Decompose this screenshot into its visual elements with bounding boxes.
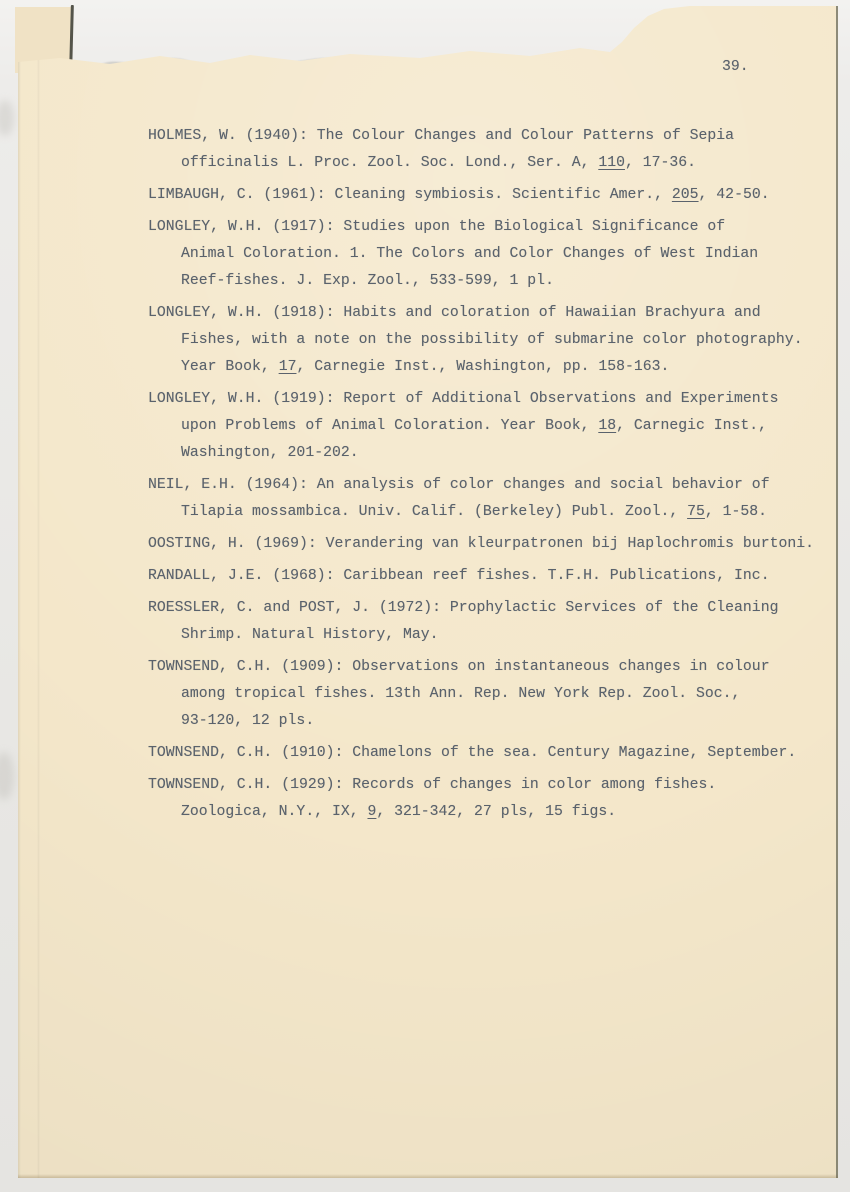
reference-line: ROESSLER, C. and POST, J. (1972): Prophy… [148,595,850,622]
reference-text: Reef-fishes. J. Exp. Zool., 533-599, 1 p… [181,273,554,289]
reference-text: LONGLEY, W.H. (1919): Report of Addition… [148,391,778,407]
volume-number: 205 [672,187,699,203]
reference-text: RANDALL, J.E. (1968): Caribbean reef fis… [148,568,770,584]
reference-line: Fishes, with a note on the possibility o… [148,327,850,354]
reference-line: RANDALL, J.E. (1968): Caribbean reef fis… [148,563,850,590]
reference-entry: TOWNSEND, C.H. (1910): Chamelons of the … [148,740,850,767]
reference-text: , 42-50. [699,187,770,203]
reference-line: Washington, 201-202. [148,440,850,467]
reference-text: TOWNSEND, C.H. (1929): Records of change… [148,777,716,793]
paper-left-edge [18,6,21,1178]
reference-line: LONGLEY, W.H. (1919): Report of Addition… [148,386,850,413]
scan-smudge [0,752,14,800]
reference-text: Fishes, with a note on the possibility o… [181,332,803,348]
reference-text: , Carnegic Inst., [616,418,767,434]
volume-number: 18 [598,418,616,434]
reference-text: Tilapia mossambica. Univ. Calif. (Berkel… [181,504,687,520]
reference-line: HOLMES, W. (1940): The Colour Changes an… [148,123,850,150]
reference-line: TOWNSEND, C.H. (1909): Observations on i… [148,654,850,681]
reference-line: officinalis L. Proc. Zool. Soc. Lond., S… [148,150,850,177]
volume-number: 110 [598,155,625,171]
reference-entry: ROESSLER, C. and POST, J. (1972): Prophy… [148,595,850,649]
reference-entry: RANDALL, J.E. (1968): Caribbean reef fis… [148,563,850,590]
reference-entry: LIMBAUGH, C. (1961): Cleaning symbiosis.… [148,182,850,209]
reference-line: LONGLEY, W.H. (1917): Studies upon the B… [148,214,850,241]
reference-text: Animal Coloration. 1. The Colors and Col… [181,246,758,262]
reference-entry: HOLMES, W. (1940): The Colour Changes an… [148,123,850,177]
reference-line: LONGLEY, W.H. (1918): Habits and colorat… [148,300,850,327]
reference-line: Animal Coloration. 1. The Colors and Col… [148,241,850,268]
reference-text: , 1-58. [705,504,767,520]
reference-entry: LONGLEY, W.H. (1919): Report of Addition… [148,386,850,467]
reference-line: Tilapia mossambica. Univ. Calif. (Berkel… [148,499,850,526]
reference-text: , 321-342, 27 pls, 15 figs. [376,804,616,820]
reference-text: TOWNSEND, C.H. (1909): Observations on i… [148,659,770,675]
page-number: 39. [722,59,749,75]
reference-line: Reef-fishes. J. Exp. Zool., 533-599, 1 p… [148,268,850,295]
reference-text: 93-120, 12 pls. [181,713,314,729]
reference-entry: NEIL, E.H. (1964): An analysis of color … [148,472,850,526]
paper-crease [37,6,40,1178]
reference-text: Washington, 201-202. [181,445,359,461]
reference-line: TOWNSEND, C.H. (1910): Chamelons of the … [148,740,850,767]
reference-entry: LONGLEY, W.H. (1917): Studies upon the B… [148,214,850,295]
page: 39. HOLMES, W. (1940): The Colour Change… [18,6,838,1178]
reference-line: Year Book, 17, Carnegie Inst., Washingto… [148,354,850,381]
reference-entry: TOWNSEND, C.H. (1929): Records of change… [148,772,850,826]
reference-text: upon Problems of Animal Coloration. Year… [181,418,598,434]
reference-text: LONGLEY, W.H. (1917): Studies upon the B… [148,219,725,235]
reference-line: LIMBAUGH, C. (1961): Cleaning symbiosis.… [148,182,850,209]
scanner-background: 39. HOLMES, W. (1940): The Colour Change… [0,0,850,1192]
reference-line: NEIL, E.H. (1964): An analysis of color … [148,472,850,499]
reference-text: LIMBAUGH, C. (1961): Cleaning symbiosis.… [148,187,672,203]
reference-text: Zoologica, N.Y., IX, [181,804,367,820]
volume-number: 17 [279,359,297,375]
reference-line: Zoologica, N.Y., IX, 9, 321-342, 27 pls,… [148,799,850,826]
reference-text: LONGLEY, W.H. (1918): Habits and colorat… [148,305,761,321]
reference-text: among tropical fishes. 13th Ann. Rep. Ne… [181,686,740,702]
reference-text: TOWNSEND, C.H. (1910): Chamelons of the … [148,745,796,761]
reference-entry: OOSTING, H. (1969): Verandering van kleu… [148,531,850,558]
reference-text: , 17-36. [625,155,696,171]
reference-line: TOWNSEND, C.H. (1929): Records of change… [148,772,850,799]
reference-text: Year Book, [181,359,279,375]
reference-text: officinalis L. Proc. Zool. Soc. Lond., S… [181,155,598,171]
reference-text: HOLMES, W. (1940): The Colour Changes an… [148,128,734,144]
reference-text: NEIL, E.H. (1964): An analysis of color … [148,477,770,493]
reference-line: upon Problems of Animal Coloration. Year… [148,413,850,440]
volume-number: 75 [687,504,705,520]
reference-text: Shrimp. Natural History, May. [181,627,439,643]
reference-line: among tropical fishes. 13th Ann. Rep. Ne… [148,681,850,708]
reference-entry: TOWNSEND, C.H. (1909): Observations on i… [148,654,850,735]
reference-entry: LONGLEY, W.H. (1918): Habits and colorat… [148,300,850,381]
paper-bottom-edge [18,1174,838,1178]
reference-text: OOSTING, H. (1969): Verandering van kleu… [148,536,814,552]
reference-text: ROESSLER, C. and POST, J. (1972): Prophy… [148,600,778,616]
reference-line: Shrimp. Natural History, May. [148,622,850,649]
reference-line: 93-120, 12 pls. [148,708,850,735]
reference-text: , Carnegie Inst., Washington, pp. 158-16… [296,359,669,375]
references-list: HOLMES, W. (1940): The Colour Changes an… [148,123,850,831]
scan-smudge [0,100,14,136]
reference-line: OOSTING, H. (1969): Verandering van kleu… [148,531,850,558]
